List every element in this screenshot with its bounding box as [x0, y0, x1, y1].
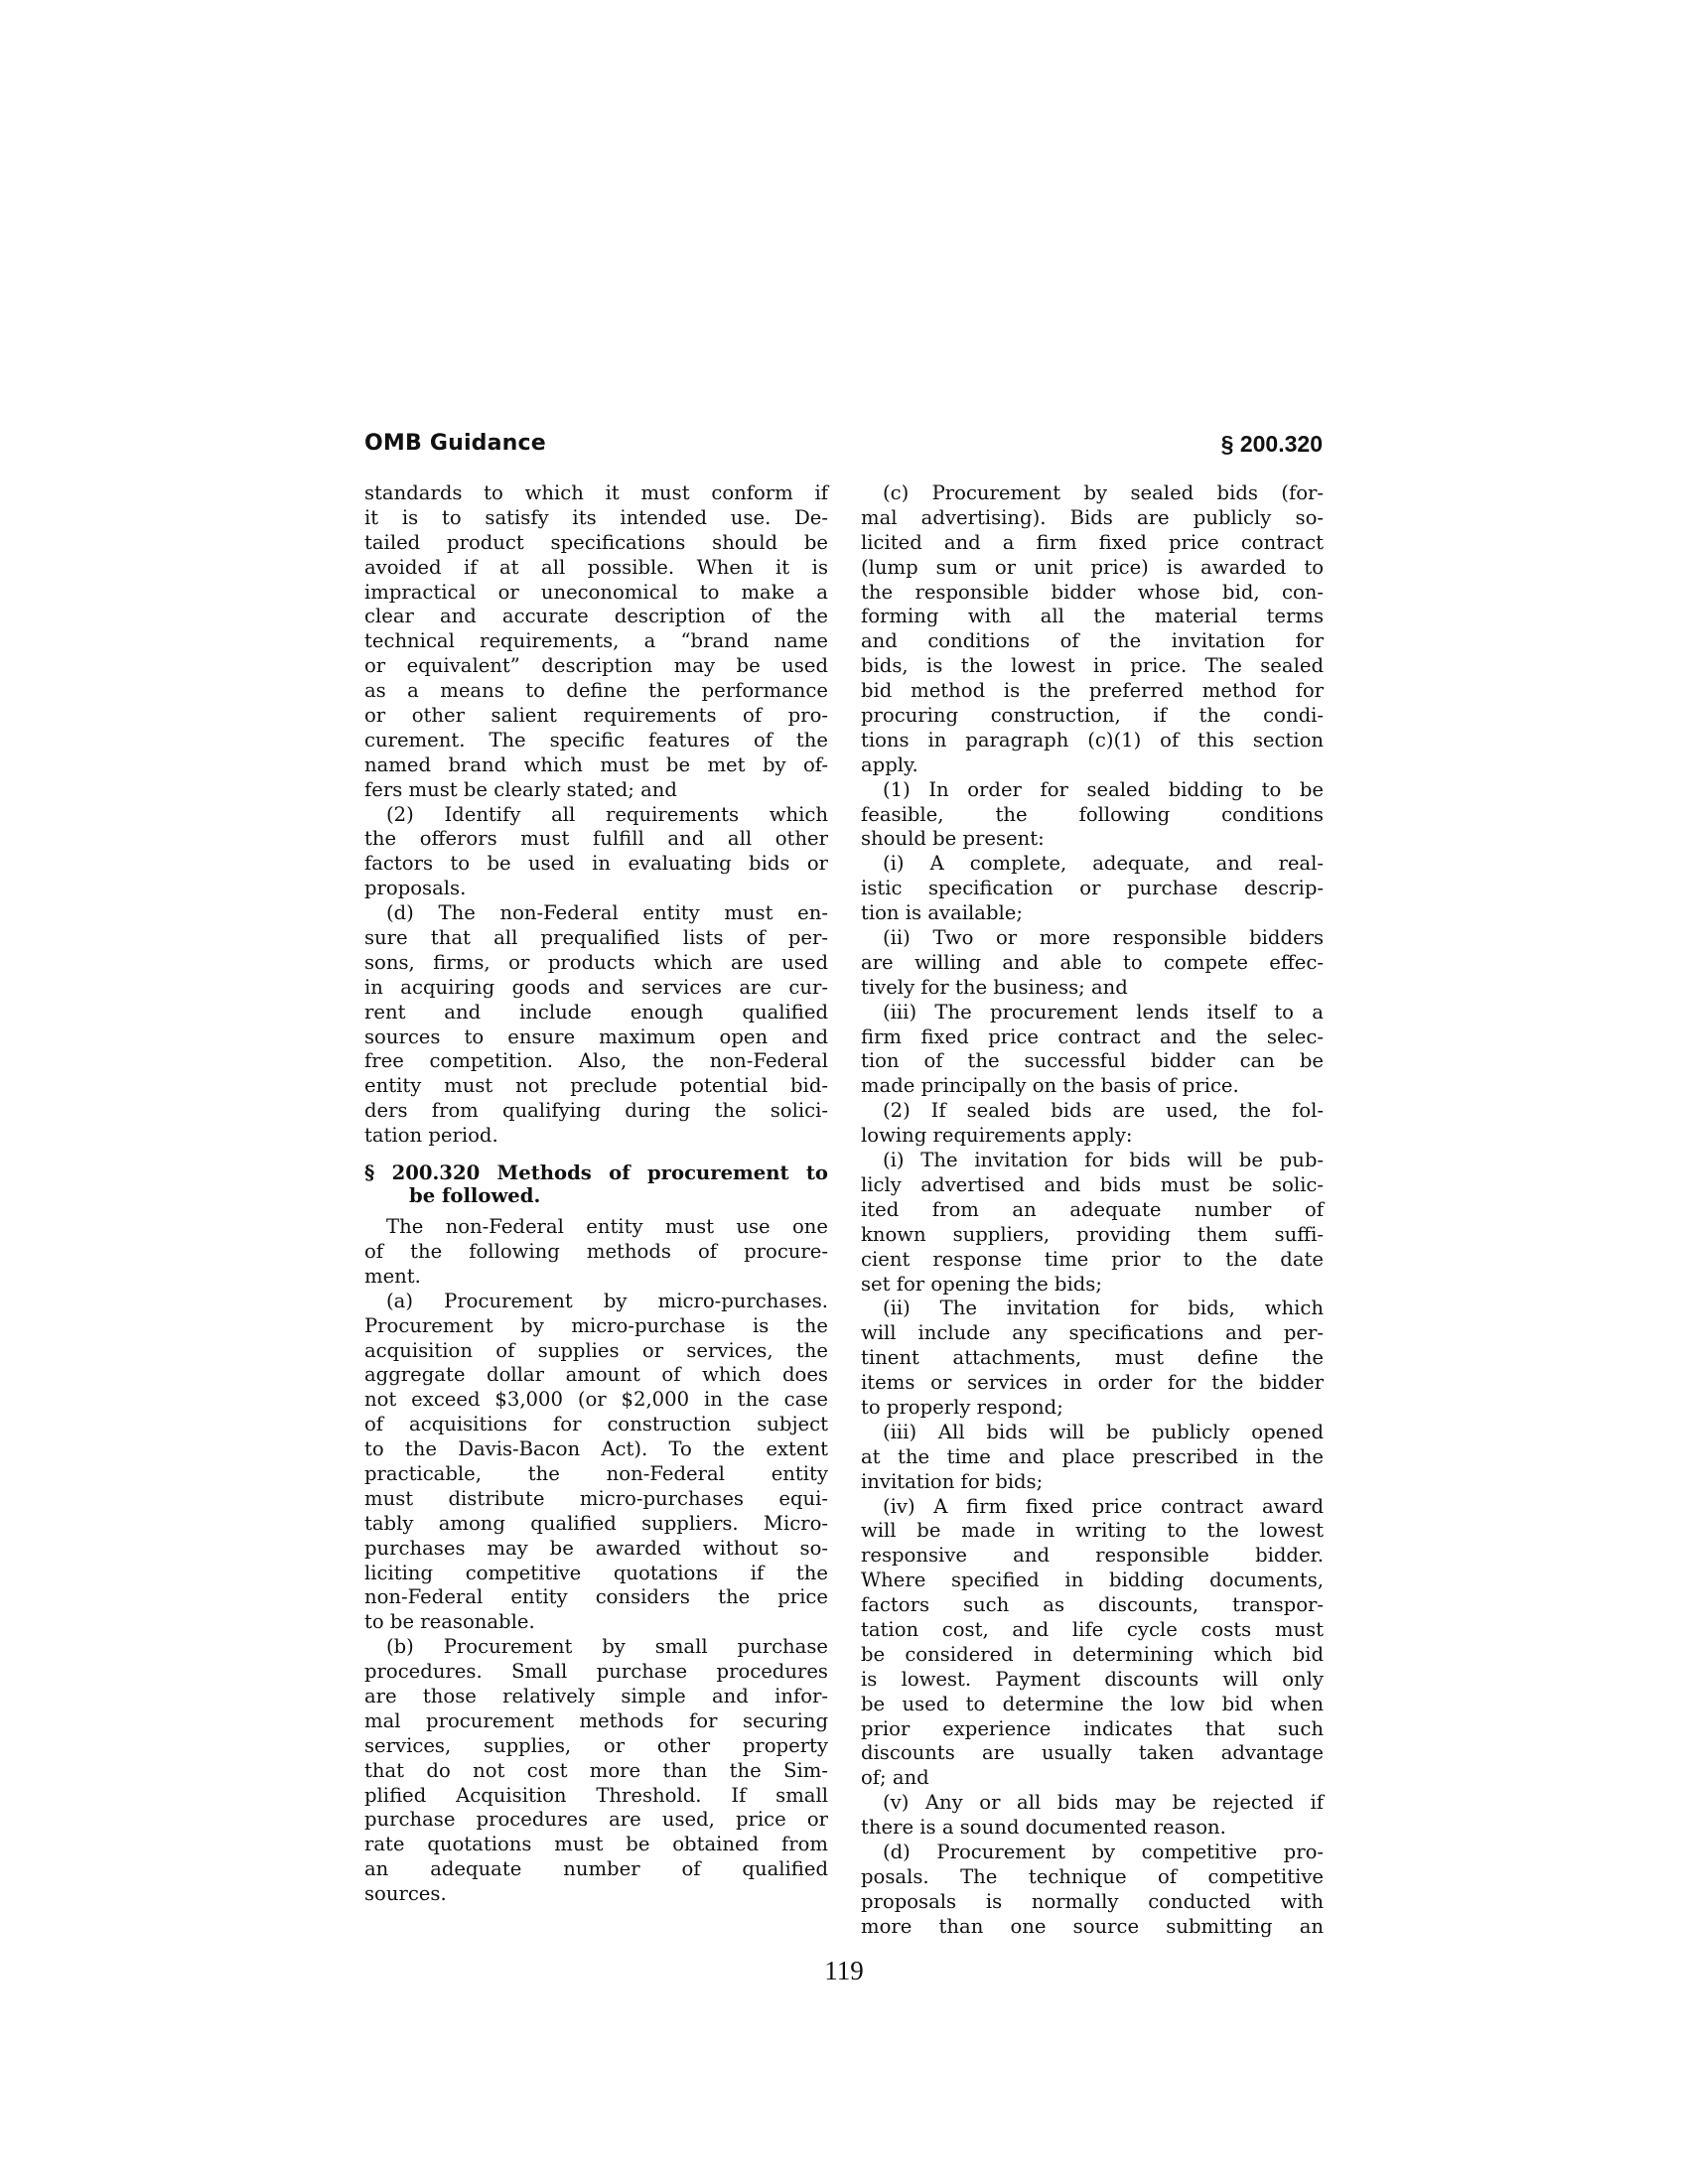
section-heading: § 200.320 Methods of procurement tobe fo… [364, 1162, 828, 1207]
text-line: mal procurement methods for securing [364, 1709, 828, 1734]
text-line: sources. [364, 1882, 828, 1907]
text-line: non-Federal entity considers the price [364, 1585, 828, 1610]
paragraph-c1iii: (iii) The procurement lends itself to af… [861, 1001, 1324, 1100]
text-line: ment. [364, 1265, 828, 1290]
text-line: (2) If sealed bids are used, the fol- [861, 1099, 1324, 1124]
text-line: (i) The invitation for bids will be pub- [861, 1149, 1324, 1173]
paragraph-c2i: (i) The invitation for bids will be pub-… [861, 1149, 1324, 1297]
left-column: standards to which it must conform ifit … [364, 481, 828, 1907]
text-line: tinent attachments, must define the [861, 1346, 1324, 1371]
text-line: fers must be clearly stated; and [364, 778, 828, 803]
text-line: prior experience indicates that such [861, 1717, 1324, 1742]
text-line: plified Acquisition Threshold. If small [364, 1784, 828, 1809]
text-line: (iv) A firm fixed price contract award [861, 1495, 1324, 1520]
text-line: istic specification or purchase descrip- [861, 877, 1324, 901]
paragraph-c2iv: (iv) A firm fixed price contract awardwi… [861, 1495, 1324, 1792]
text-line: tailed product specifications should be [364, 531, 828, 556]
text-line: at the time and place prescribed in the [861, 1445, 1324, 1470]
text-line: will be made in writing to the lowest [861, 1519, 1324, 1544]
text-line: services, supplies, or other property [364, 1734, 828, 1759]
text-line: technical requirements, a “brand name [364, 629, 828, 654]
left-paragraphs: standards to which it must conform ifit … [364, 481, 828, 1149]
left-paragraphs-after-heading: The non-Federal entity must use oneof th… [364, 1215, 828, 1907]
text-line: purchase procedures are used, price or [364, 1808, 828, 1833]
text-line: to properly respond; [861, 1396, 1324, 1421]
text-line: ders from qualifying during the solici- [364, 1099, 828, 1124]
text-line: there is a sound documented reason. [861, 1816, 1324, 1841]
paragraph-intro: The non-Federal entity must use oneof th… [364, 1215, 828, 1290]
text-line: invitation for bids; [861, 1470, 1324, 1495]
text-line: firm fixed price contract and the selec- [861, 1025, 1324, 1050]
text-line: (ii) The invitation for bids, which [861, 1297, 1324, 1321]
paragraph-c1ii: (ii) Two or more responsible biddersare … [861, 926, 1324, 1001]
text-line: more than one source submitting an [861, 1915, 1324, 1940]
text-line: and conditions of the invitation for [861, 629, 1324, 654]
text-line: (2) Identify all requirements which [364, 803, 828, 828]
text-line: (b) Procurement by small purchase [364, 1635, 828, 1660]
text-line: (ii) Two or more responsible bidders [861, 926, 1324, 951]
paragraph-cont: standards to which it must conform ifit … [364, 481, 828, 803]
text-line: tation period. [364, 1124, 828, 1149]
paragraph-d: (d) The non-Federal entity must en-sure … [364, 901, 828, 1149]
text-line: named brand which must be met by of- [364, 753, 828, 778]
text-line: (iii) All bids will be publicly opened [861, 1421, 1324, 1445]
text-line: must distribute micro-purchases equi- [364, 1487, 828, 1512]
text-line: proposals. [364, 877, 828, 901]
paragraph-c: (c) Procurement by sealed bids (for-mal … [861, 481, 1324, 778]
text-line: (c) Procurement by sealed bids (for- [861, 481, 1324, 506]
text-line: to the Davis-Bacon Act). To the extent [364, 1437, 828, 1462]
text-line: aggregate dollar amount of which does [364, 1363, 828, 1388]
text-line: or equivalent” description may be used [364, 654, 828, 679]
document-page: OMB Guidance § 200.320 standards to whic… [0, 0, 1688, 2184]
text-line: sources to ensure maximum open and [364, 1025, 828, 1050]
paragraph-c2iii: (iii) All bids will be publicly openedat… [861, 1421, 1324, 1495]
text-line: are those relatively simple and infor- [364, 1685, 828, 1709]
text-line: standards to which it must conform if [364, 481, 828, 506]
text-line: acquisition of supplies or services, the [364, 1339, 828, 1364]
text-line: (d) Procurement by competitive pro- [861, 1841, 1324, 1865]
text-line: tion is available; [861, 901, 1324, 926]
text-line: liciting competitive quotations if the [364, 1562, 828, 1586]
paragraph-c2: (2) If sealed bids are used, the fol-low… [861, 1099, 1324, 1149]
text-line: rate quotations must be obtained from [364, 1833, 828, 1857]
text-line: of the following methods of procure- [364, 1240, 828, 1265]
right-paragraphs: (c) Procurement by sealed bids (for-mal … [861, 481, 1324, 1940]
text-line: free competition. Also, the non-Federal [364, 1049, 828, 1074]
text-line: set for opening the bids; [861, 1273, 1324, 1297]
text-line: (lump sum or unit price) is awarded to [861, 556, 1324, 581]
text-line: an adequate number of qualified [364, 1857, 828, 1882]
heading-line: be followed. [364, 1185, 828, 1208]
text-line: or other salient requirements of pro- [364, 704, 828, 729]
running-head-section: § 200.320 [1221, 431, 1323, 458]
text-line: the responsible bidder whose bid, con- [861, 581, 1324, 606]
text-line: cient response time prior to the date [861, 1248, 1324, 1273]
text-line: factors such as discounts, transpor- [861, 1593, 1324, 1618]
text-line: entity must not preclude potential bid- [364, 1074, 828, 1099]
text-line: sure that all prequalified lists of per- [364, 926, 828, 951]
text-line: bid method is the preferred method for [861, 679, 1324, 704]
text-line: not exceed $3,000 (or $2,000 in the case [364, 1388, 828, 1413]
text-line: responsive and responsible bidder. [861, 1544, 1324, 1569]
text-line: impractical or uneconomical to make a [364, 581, 828, 606]
paragraph-c1: (1) In order for sealed bidding to befea… [861, 778, 1324, 853]
text-line: clear and accurate description of the [364, 605, 828, 629]
text-line: discounts are usually taken advantage [861, 1741, 1324, 1766]
text-line: to be reasonable. [364, 1610, 828, 1635]
text-line: be used to determine the low bid when [861, 1693, 1324, 1717]
paragraph-c1i: (i) A complete, adequate, and real-istic… [861, 852, 1324, 926]
paragraph-c2: (2) Identify all requirements whichthe o… [364, 803, 828, 902]
text-line: of; and [861, 1766, 1324, 1791]
text-line: tively for the business; and [861, 976, 1324, 1001]
text-line: The non-Federal entity must use one [364, 1215, 828, 1240]
text-line: tably among qualified suppliers. Micro- [364, 1512, 828, 1537]
text-line: practicable, the non-Federal entity [364, 1462, 828, 1487]
page-number: 119 [0, 1956, 1688, 1986]
paragraph-c2v: (v) Any or all bids may be rejected ifth… [861, 1791, 1324, 1841]
text-line: licited and a firm fixed price contract [861, 531, 1324, 556]
text-line: tion of the successful bidder can be [861, 1049, 1324, 1074]
running-head-title: OMB Guidance [364, 431, 546, 456]
text-line: (d) The non-Federal entity must en- [364, 901, 828, 926]
text-line: that do not cost more than the Sim- [364, 1759, 828, 1784]
right-column: (c) Procurement by sealed bids (for-mal … [861, 481, 1324, 1940]
text-line: tation cost, and life cycle costs must [861, 1618, 1324, 1643]
text-line: proposals is normally conducted with [861, 1890, 1324, 1915]
paragraph-b: (b) Procurement by small purchaseprocedu… [364, 1635, 828, 1907]
text-line: apply. [861, 753, 1324, 778]
text-line: of acquisitions for construction subject [364, 1413, 828, 1437]
text-line: ited from an adequate number of [861, 1198, 1324, 1223]
text-line: (a) Procurement by micro-purchases. [364, 1290, 828, 1314]
text-line: should be present: [861, 827, 1324, 852]
text-line: mal advertising). Bids are publicly so- [861, 506, 1324, 531]
text-line: as a means to define the performance [364, 679, 828, 704]
paragraph-d: (d) Procurement by competitive pro-posal… [861, 1841, 1324, 1940]
text-line: purchases may be awarded without so- [364, 1537, 828, 1562]
text-line: it is to satisfy its intended use. De- [364, 506, 828, 531]
text-line: lowing requirements apply: [861, 1124, 1324, 1149]
text-line: will include any specifications and per- [861, 1321, 1324, 1346]
text-line: made principally on the basis of price. [861, 1074, 1324, 1099]
text-line: procedures. Small purchase procedures [364, 1660, 828, 1685]
text-line: are willing and able to compete effec- [861, 951, 1324, 976]
text-line: feasible, the following conditions [861, 803, 1324, 828]
text-line: Procurement by micro-purchase is the [364, 1314, 828, 1339]
text-line: (iii) The procurement lends itself to a [861, 1001, 1324, 1025]
text-line: items or services in order for the bidde… [861, 1371, 1324, 1396]
text-line: forming with all the material terms [861, 605, 1324, 629]
text-line: is lowest. Payment discounts will only [861, 1668, 1324, 1693]
text-line: (1) In order for sealed bidding to be [861, 778, 1324, 803]
text-line: be considered in determining which bid [861, 1643, 1324, 1668]
text-line: known suppliers, providing them suffi- [861, 1223, 1324, 1248]
text-line: licly advertised and bids must be solic- [861, 1173, 1324, 1198]
paragraph-a: (a) Procurement by micro-purchases.Procu… [364, 1290, 828, 1635]
paragraph-c2ii: (ii) The invitation for bids, whichwill … [861, 1297, 1324, 1420]
text-line: bids, is the lowest in price. The sealed [861, 654, 1324, 679]
text-line: rent and include enough qualified [364, 1001, 828, 1025]
text-line: (v) Any or all bids may be rejected if [861, 1791, 1324, 1816]
text-line: the offerors must fulfill and all other [364, 827, 828, 852]
running-head: OMB Guidance § 200.320 [364, 431, 1323, 461]
text-line: (i) A complete, adequate, and real- [861, 852, 1324, 877]
heading-line: § 200.320 Methods of procurement to [364, 1162, 828, 1185]
text-line: factors to be used in evaluating bids or [364, 852, 828, 877]
text-line: avoided if at all possible. When it is [364, 556, 828, 581]
text-line: in acquiring goods and services are cur- [364, 976, 828, 1001]
text-line: curement. The specific features of the [364, 729, 828, 753]
text-line: posals. The technique of competitive [861, 1865, 1324, 1890]
text-line: sons, firms, or products which are used [364, 951, 828, 976]
text-line: procuring construction, if the condi- [861, 704, 1324, 729]
text-line: tions in paragraph (c)(1) of this sectio… [861, 729, 1324, 753]
text-line: Where specified in bidding documents, [861, 1569, 1324, 1593]
